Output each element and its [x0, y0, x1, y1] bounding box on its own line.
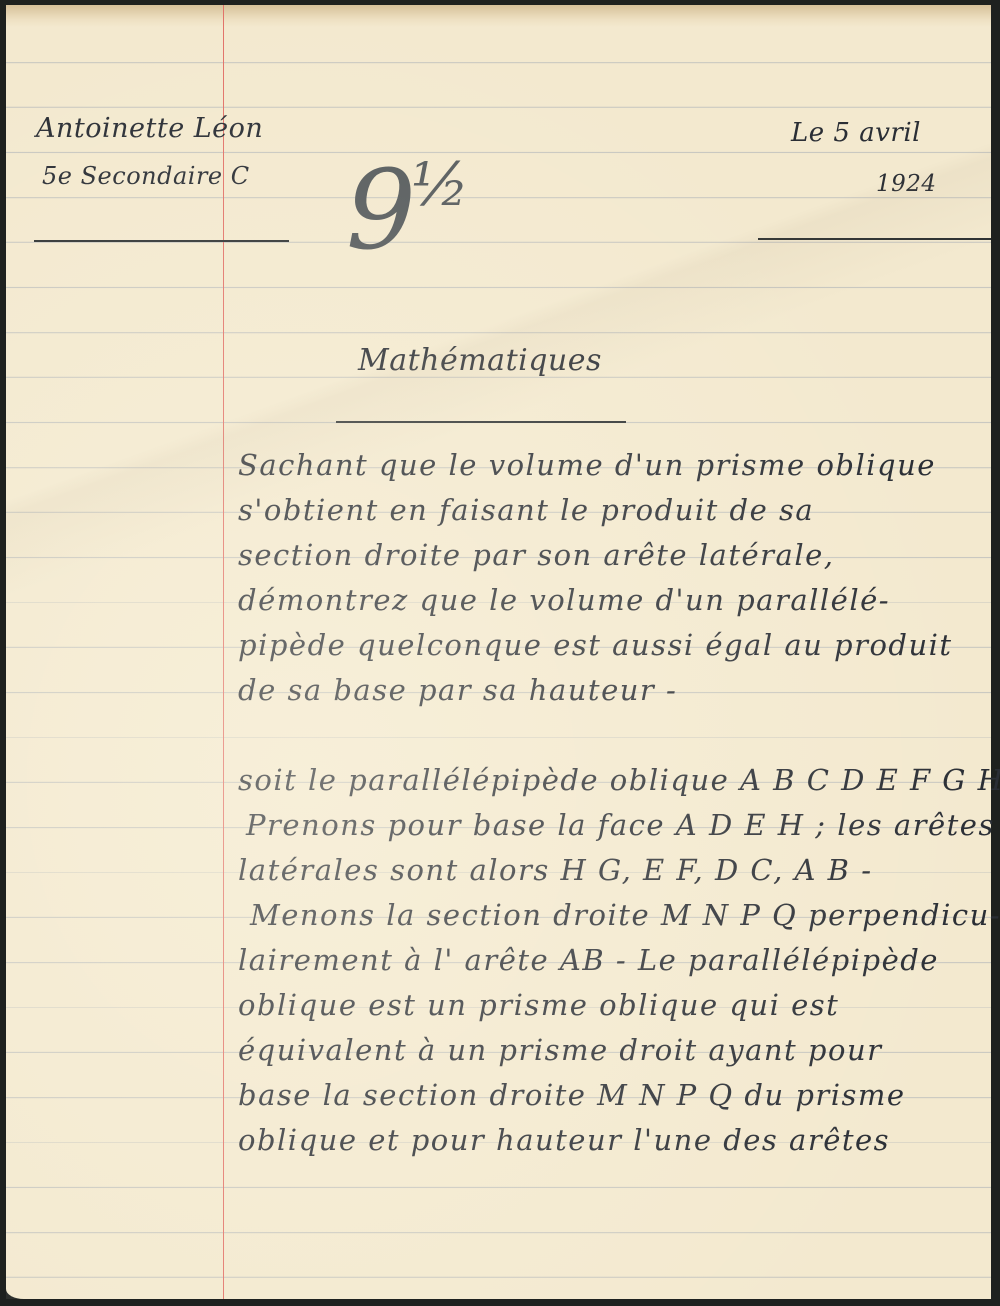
paper-sheet: Antoinette Léon 5e Secondaire C Le 5 avr…	[6, 5, 991, 1299]
solution-line: Prenons pour base la face A D E H ; les …	[246, 808, 995, 842]
header-left-underline	[34, 240, 289, 242]
problem-line: s'obtient en faisant le produit de sa	[238, 493, 814, 527]
year: 1924	[876, 171, 937, 197]
problem-line: section droite par son arête latérale,	[238, 538, 834, 572]
header-right-underline	[758, 238, 991, 240]
student-class: 5e Secondaire C	[42, 162, 250, 190]
subject-title: Mathématiques	[358, 343, 602, 378]
problem-line: démontrez que le volume d'un parallélé-	[238, 583, 890, 617]
solution-line: oblique est un prisme oblique qui est	[238, 988, 839, 1022]
problem-line: Sachant que le volume d'un prisme obliqu…	[238, 448, 936, 482]
problem-line: de sa base par sa hauteur -	[238, 673, 677, 707]
student-name: Antoinette Léon	[36, 113, 263, 144]
grade-fraction: ½	[411, 155, 469, 215]
subject-underline	[336, 421, 626, 423]
solution-line: soit le parallélépipède oblique A B C D …	[238, 763, 1000, 797]
solution-line: équivalent à un prisme droit ayant pour	[238, 1033, 883, 1067]
solution-line: latérales sont alors H G, E F, D C, A B …	[238, 853, 873, 887]
date: Le 5 avril	[791, 118, 921, 148]
grade-mark: 9	[346, 155, 417, 265]
solution-line: lairement à l' arête AB - Le parallélépi…	[238, 943, 939, 977]
problem-line: pipède quelconque est aussi égal au prod…	[238, 628, 953, 662]
solution-line: base la section droite M N P Q du prisme	[238, 1078, 906, 1112]
red-margin-line	[223, 5, 224, 1299]
solution-line: Menons la section droite M N P Q perpend…	[250, 898, 1000, 932]
solution-line: oblique et pour hauteur l'une des arêtes	[238, 1123, 890, 1157]
